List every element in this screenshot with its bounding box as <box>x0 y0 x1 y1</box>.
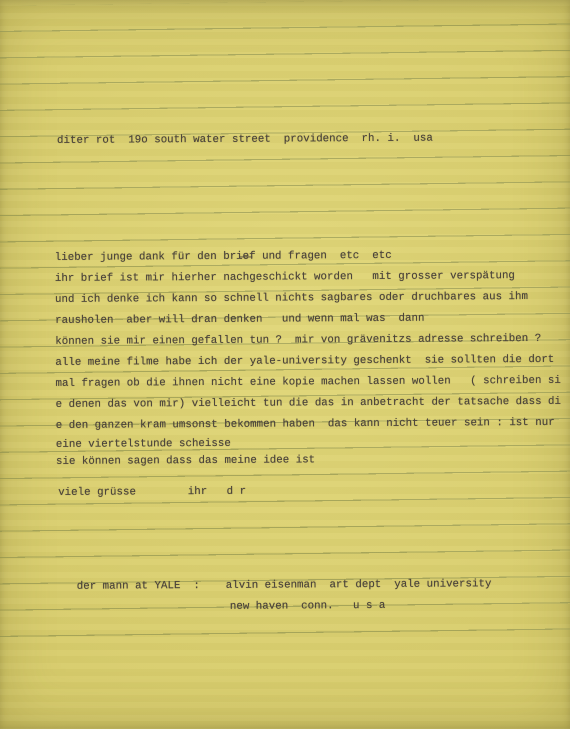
letter-body: lieber junge dank für den bri̶e̶f und fr… <box>55 245 562 473</box>
recipient-line: der mann at YALE : alvin eisenman art de… <box>77 574 492 598</box>
recipient-note: der mann at YALE : alvin eisenman art de… <box>77 574 492 619</box>
typewritten-content: diter rot 19o south water street provide… <box>0 0 570 729</box>
recipient-line: new haven conn. u s a <box>77 595 492 619</box>
body-line: e den ganzen kram umsonst bekommen haben… <box>56 413 562 437</box>
body-line: und ich denke ich kann so schnell nichts… <box>55 287 561 311</box>
body-line: sie können sagen dass das meine idee ist <box>56 449 562 473</box>
closing-signature-line: viele grüsse ihr d r <box>58 482 246 504</box>
letter-page: diter rot 19o south water street provide… <box>0 0 570 729</box>
sender-address-line: diter rot 19o south water street provide… <box>57 129 433 152</box>
